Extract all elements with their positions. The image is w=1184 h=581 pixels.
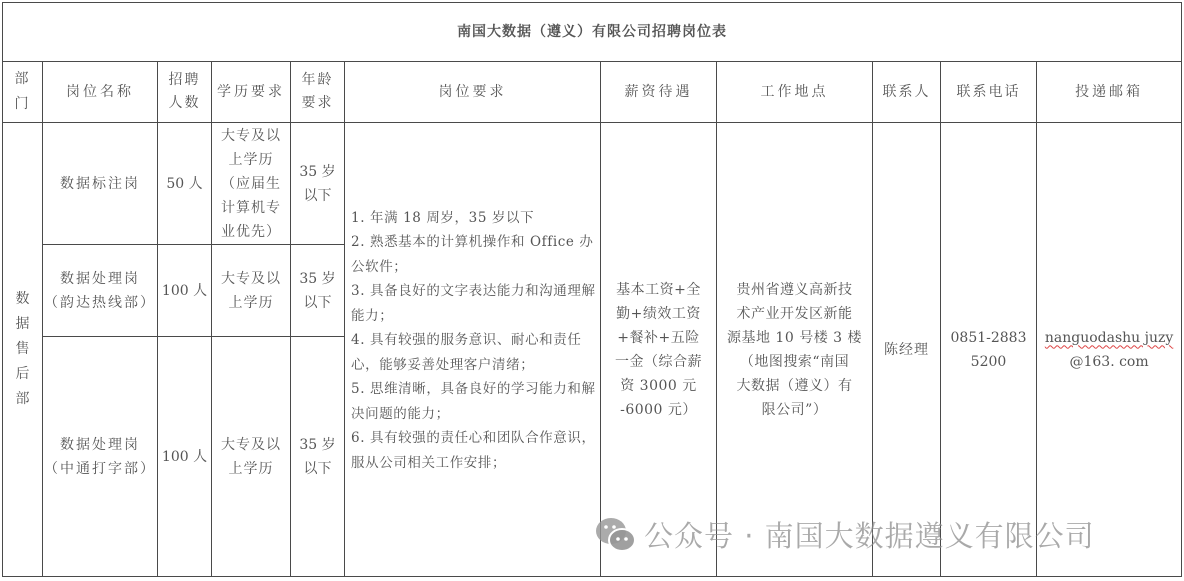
header-headcount: 招聘人数	[158, 62, 212, 123]
header-position: 岗位名称	[43, 62, 158, 123]
header-location: 工作地点	[717, 62, 873, 123]
department-cell: 数据售后部	[3, 123, 43, 577]
header-phone: 联系电话	[941, 62, 1037, 123]
header-email: 投递邮箱	[1037, 62, 1182, 123]
contact-cell: 陈经理	[873, 123, 941, 577]
age-cell: 35 岁 以下	[291, 245, 345, 337]
phone-cell: 0851-2883 5200	[941, 123, 1037, 577]
email-cell: nanguodashu juzy @163. com	[1037, 123, 1182, 577]
age-cell: 35 岁 以下	[291, 337, 345, 577]
requirement-item: 1. 年满 18 周岁，35 岁以下	[351, 206, 596, 231]
recruitment-table: 南国大数据（遵义）有限公司招聘岗位表 部门 岗位名称 招聘人数 学历要求 年龄要…	[2, 2, 1182, 577]
table-title: 南国大数据（遵义）有限公司招聘岗位表	[3, 3, 1182, 62]
requirements-cell: 1. 年满 18 周岁，35 岁以下 2. 熟悉基本的计算机操作和 Office…	[345, 123, 601, 577]
headcount-cell: 100 人	[158, 337, 212, 577]
position-cell: 数据处理岗 （韵达热线部）	[43, 245, 158, 337]
age-cell: 35 岁 以下	[291, 123, 345, 245]
requirement-item: 6. 具有较强的责任心和团队合作意识，服从公司相关工作安排；	[351, 426, 596, 475]
header-row: 部门 岗位名称 招聘人数 学历要求 年龄要求 岗位要求 薪资待遇 工作地点 联系…	[3, 62, 1182, 123]
headcount-cell: 100 人	[158, 245, 212, 337]
requirement-item: 2. 熟悉基本的计算机操作和 Office 办公软件；	[351, 230, 596, 279]
education-cell: 大专及以 上学历	[212, 245, 291, 337]
education-cell: 大专及以 上学历 （应届生 计算机专 业优先）	[212, 123, 291, 245]
requirement-item: 5. 思维清晰，具备良好的学习能力和解决问题的能力；	[351, 377, 596, 426]
location-cell: 贵州省遵义高新技 术产业开发区新能 源基地 10 号楼 3 楼 （地图搜索“南国…	[717, 123, 873, 577]
email-line-2: @163. com	[1037, 350, 1181, 374]
header-contact: 联系人	[873, 62, 941, 123]
header-department: 部门	[3, 62, 43, 123]
header-age: 年龄要求	[291, 62, 345, 123]
requirement-item: 4. 具有较强的服务意识、耐心和责任心，能够妥善处理客户清绪；	[351, 328, 596, 377]
email-line-1: nanguodashu juzy	[1037, 326, 1181, 350]
position-cell: 数据标注岗	[43, 123, 158, 245]
requirement-item: 3. 具备良好的文字表达能力和沟通理解能力；	[351, 279, 596, 328]
education-cell: 大专及以 上学历	[212, 337, 291, 577]
headcount-cell: 50 人	[158, 123, 212, 245]
salary-cell: 基本工资+全 勤+绩效工资 +餐补+五险 一金（综合薪 资 3000 元 -60…	[601, 123, 717, 577]
header-education: 学历要求	[212, 62, 291, 123]
table-row: 数据售后部 数据标注岗 50 人 大专及以 上学历 （应届生 计算机专 业优先）…	[3, 123, 1182, 245]
header-salary: 薪资待遇	[601, 62, 717, 123]
header-requirements: 岗位要求	[345, 62, 601, 123]
position-cell: 数据处理岗 （中通打字部）	[43, 337, 158, 577]
